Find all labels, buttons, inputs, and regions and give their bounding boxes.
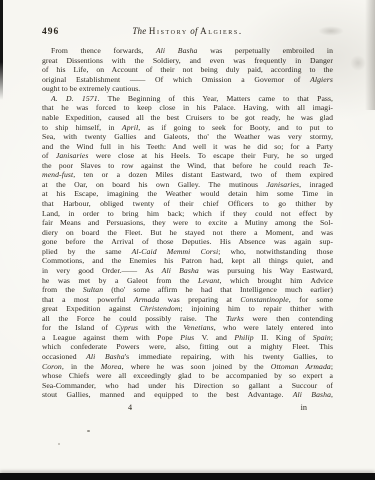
text-line: to ship himself, in April, as if going t…: [42, 123, 333, 133]
running-title-part: The: [132, 26, 149, 36]
text-segment: was perpetually embroiled in: [198, 46, 333, 55]
italic-text-segment: Janisaries: [267, 180, 300, 189]
text-line: Commotions, and the Enemies his Patron h…: [42, 256, 333, 266]
scan-edge-bottom-artifact: [0, 473, 375, 480]
page-footer: 4 in: [42, 403, 333, 413]
scan-smudge: [350, 55, 366, 71]
text-segment: was preparing at: [159, 295, 240, 304]
scanned-book-page: 496 The History of Algiers. From thence …: [0, 0, 375, 480]
text-segment: From thence forwards,: [51, 46, 156, 55]
italic-text-segment: Ali Basha: [293, 390, 331, 399]
catchword: in: [301, 403, 307, 413]
text-segment: II. King of: [254, 333, 313, 342]
text-segment: (tho' some affirm he had that Intelligen…: [103, 285, 333, 294]
text-segment: that Harbour, obliged twenty of their ch…: [42, 199, 333, 208]
text-segment: which confederate Powers were, also, fit…: [42, 342, 333, 351]
text-line: diery on board the Fleet. But he stayed …: [42, 228, 333, 238]
text-line: fair Means and Persuasions, they were to…: [42, 218, 333, 228]
text-segment: at the Oar, on board his own Galley. The…: [42, 180, 267, 189]
text-segment: of: [42, 151, 56, 160]
italic-text-segment: Janisaries: [56, 151, 89, 160]
text-line: ought to be extremely cautious.: [42, 84, 333, 94]
italic-text-segment: Turks: [226, 314, 244, 323]
text-segment: from the: [42, 285, 83, 294]
text-segment: diery on board the Fleet. But he stayed …: [42, 228, 333, 237]
text-segment: stout Gallies, manned and equipped to th…: [42, 390, 293, 399]
text-line: that a most powerful Armada was preparin…: [42, 295, 333, 305]
text-line: Sea, with twenty Gallies and Galeots, th…: [42, 132, 333, 142]
text-segment: to ship himself, in: [42, 123, 122, 132]
text-line: Land, in order to bring him back; which …: [42, 209, 333, 219]
scan-shadow-right-artifact: [365, 0, 375, 110]
text-line: great Expedition against Christendom; in…: [42, 304, 333, 314]
text-line: great Dissentions with the Soldiery, and…: [42, 56, 333, 66]
text-line: at his Escape, imagining the Weather wou…: [42, 189, 333, 199]
text-line: for the Island of Cyprus with the Veneti…: [42, 323, 333, 333]
text-segment: nable Expedition, caused all the best Cr…: [42, 113, 333, 122]
text-segment: great Dissentions with the Soldiery, and…: [42, 56, 333, 65]
text-line: stout Gallies, manned and equipped to th…: [42, 390, 333, 400]
running-title-part: Algiers.: [200, 26, 243, 36]
text-segment: , as if going to seek for Booty, and to …: [138, 123, 333, 132]
text-segment: ,: [331, 390, 333, 399]
text-segment: and the Wind full in his Teeth: And well…: [42, 142, 333, 151]
text-segment: ;: [331, 362, 333, 371]
text-line: which confederate Powers were, also, fit…: [42, 342, 333, 352]
italic-text-segment: April: [122, 123, 138, 132]
italic-text-segment: Algiers: [310, 75, 333, 84]
italic-text-segment: Te-: [323, 161, 333, 170]
italic-text-segment: Ali Basha: [162, 266, 199, 275]
italic-text-segment: Coron: [42, 362, 62, 371]
text-line: all the Force he could possibly raise. T…: [42, 314, 333, 324]
text-segment: ; who, notwithstanding those: [218, 247, 333, 256]
text-line: that he was forced to keep close in his …: [42, 103, 333, 113]
text-line: the poor Slaves to row against the Wind,…: [42, 161, 333, 171]
text-segment: Land, in order to bring him back; which …: [42, 209, 333, 218]
text-segment: gone before the Arrival of those Deputie…: [42, 237, 333, 246]
text-line: whose Chiefs were all exceedingly glad t…: [42, 371, 333, 381]
running-title: The History of Algiers.: [42, 26, 333, 36]
text-segment: The Beginning of this Year, Matters came…: [100, 94, 333, 103]
text-segment: that a most powerful: [42, 295, 134, 304]
text-segment: that he was forced to keep close in his …: [42, 103, 333, 112]
page-header: 496 The History of Algiers.: [42, 26, 333, 39]
text-segment: , who were lately entered into: [214, 323, 333, 332]
italic-text-segment: Sultan: [83, 285, 103, 294]
italic-text-segment: A. D. 1571.: [51, 94, 100, 103]
italic-text-segment: Armada: [134, 295, 159, 304]
text-segment: of his Life, on Account of their not bei…: [42, 65, 333, 74]
text-line: and the Wind full in his Teeth: And well…: [42, 142, 333, 152]
text-segment: , inraged: [299, 180, 333, 189]
text-segment: were then contending: [244, 314, 333, 323]
text-line: A. D. 1571. The Beginning of this Year, …: [42, 94, 333, 104]
signature-mark: 4: [128, 403, 132, 413]
italic-text-segment: Christendom: [140, 304, 181, 313]
text-segment: were close at his Heels. To escape their…: [88, 151, 333, 160]
text-line: of his Life, on Account of their not bei…: [42, 65, 333, 75]
italic-text-segment: Cyprus: [115, 323, 138, 332]
italic-text-segment: mend-fust: [42, 170, 73, 179]
text-segment: great Expedition against: [42, 304, 140, 313]
text-segment: plied by the same: [42, 247, 132, 256]
text-line: From thence forwards, Ali Basha was perp…: [42, 46, 333, 56]
text-segment: Commotions, and the Enemies his Patron h…: [42, 256, 333, 265]
text-segment: Sea-Commander, who had under his Directi…: [42, 381, 333, 390]
body-text: From thence forwards, Ali Basha was perp…: [42, 46, 333, 400]
text-segment: with the: [138, 323, 183, 332]
text-segment: for the Island of: [42, 323, 115, 332]
text-line: at the Oar, on board his own Galley. The…: [42, 180, 333, 190]
text-line: Coron, in the Morea, where he was soon j…: [42, 362, 333, 372]
text-line: of Janisaries were close at his Heels. T…: [42, 151, 333, 161]
text-segment: Sea, with twenty Gallies and Galeots, th…: [42, 132, 333, 141]
text-line: mend-fust, ten or a dozen Miles distant …: [42, 170, 333, 180]
text-line: original Establishment —— Of which Omiss…: [42, 75, 333, 85]
scan-edge-left-artifact: [0, 0, 3, 100]
italic-text-segment: Al-Caid Memmi Corsi: [132, 247, 219, 256]
italic-text-segment: Constantinople: [240, 295, 288, 304]
text-line: plied by the same Al-Caid Memmi Corsi; w…: [42, 247, 333, 257]
scan-speck: [58, 443, 60, 445]
italic-text-segment: Venetians: [183, 323, 213, 332]
text-segment: in very good Order.—— As: [42, 266, 162, 275]
text-line: in very good Order.—— As Ali Basha was p…: [42, 266, 333, 276]
italic-text-segment: Ottoman Armada: [271, 362, 331, 371]
italic-text-segment: Ali Basha: [156, 46, 198, 55]
text-segment: , for some: [289, 295, 333, 304]
page-number: 496: [42, 27, 59, 37]
text-segment: original Establishment —— Of which Omiss…: [42, 75, 310, 84]
text-line: a League against them with Pope Pius V. …: [42, 333, 333, 343]
text-segment: was pursuing his Way Eastward,: [199, 266, 333, 275]
text-segment: a League against them with Pope: [42, 333, 180, 342]
italic-text-segment: Philip: [234, 333, 253, 342]
text-segment: V. and: [194, 333, 234, 342]
text-segment: ought to be extremely cautious.: [42, 84, 140, 93]
text-segment: fair Means and Persuasions, they were to…: [42, 218, 333, 227]
text-column: 496 The History of Algiers. From thence …: [42, 26, 333, 413]
text-segment: , which brought him Advice: [219, 276, 333, 285]
text-segment: occasioned: [42, 352, 86, 361]
text-line: Sea-Commander, who had under his Directi…: [42, 381, 333, 391]
text-segment: 's immediate repairing, with his twenty …: [125, 352, 333, 361]
text-segment: at his Escape, imagining the Weather wou…: [42, 189, 333, 198]
text-segment: , ten or a dozen Miles distant Eastward,…: [73, 170, 333, 179]
running-title-part: of: [188, 26, 200, 36]
text-segment: all the Force he could possibly raise. T…: [42, 314, 226, 323]
text-line: gone before the Arrival of those Deputie…: [42, 237, 333, 247]
text-line: occasioned Ali Basha's immediate repairi…: [42, 352, 333, 362]
text-line: that Harbour, obliged twenty of their ch…: [42, 199, 333, 209]
text-segment: ; injoining him to repair thither with: [181, 304, 334, 313]
text-line: nable Expedition, caused all the best Cr…: [42, 113, 333, 123]
italic-text-segment: Ali Basha: [86, 352, 125, 361]
text-segment: , where he was soon joined by the: [122, 362, 271, 371]
text-segment: he was met by a Galeot from the: [42, 276, 198, 285]
text-segment: , in the: [62, 362, 101, 371]
text-line: he was met by a Galeot from the Levant, …: [42, 276, 333, 286]
text-segment: the poor Slaves to row against the Wind,…: [42, 161, 323, 170]
italic-text-segment: Morea: [101, 362, 122, 371]
italic-text-segment: Levant: [198, 276, 220, 285]
italic-text-segment: Pius: [180, 333, 194, 342]
text-segment: whose Chiefs were all exceedingly glad t…: [42, 371, 333, 380]
text-line: from the Sultan (tho' some affirm he had…: [42, 285, 333, 295]
scan-speck: [87, 430, 90, 432]
running-title-part: History: [149, 26, 188, 36]
italic-text-segment: Spain: [313, 333, 331, 342]
text-segment: ;: [331, 333, 333, 342]
